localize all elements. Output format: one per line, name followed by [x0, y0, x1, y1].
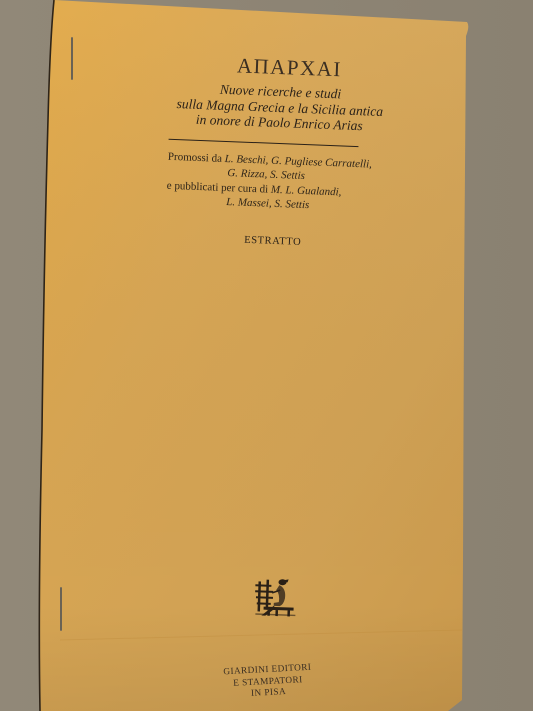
booklet-cover: ΑΠΑΡΧΑΙ Nuove ricerche e studi sulla Mag… — [0, 0, 533, 711]
edited-names-2: L. Massei, S. Settis — [226, 196, 310, 211]
staple-bottom — [60, 587, 62, 631]
credits: Promossi da L. Beschi, G. Pugliese Carra… — [166, 150, 386, 216]
horizontal-rule — [169, 138, 359, 147]
edited-names: M. L. Gualandi, — [271, 184, 342, 199]
cover-subtitle: Nuove ricerche e studi sulla Magna Greci… — [171, 80, 389, 135]
promoted-label: Promossi da — [168, 151, 223, 165]
staple-top — [71, 37, 73, 80]
promoted-names-2: G. Rizza, S. Settis — [227, 167, 305, 182]
cover-text-block: ΑΠΑΡΧΑΙ Nuove ricerche e studi sulla Mag… — [143, 50, 390, 251]
publisher-imprint: GIARDINI EDITORI E STAMPATORI IN PISA — [217, 662, 319, 702]
printing-press-emblem-icon — [251, 575, 300, 619]
edited-label: e pubblicati per cura di — [167, 180, 269, 196]
